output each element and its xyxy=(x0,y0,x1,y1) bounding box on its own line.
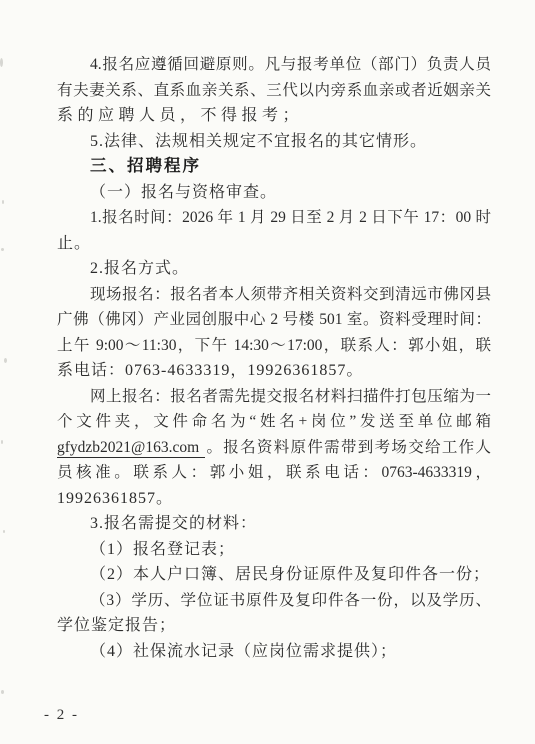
text-line: 上午 9:00～11:30，下午 14:30～17:00，联系人：郭小姐，联 xyxy=(57,333,491,359)
email-address: gfydzb2021@163.com xyxy=(57,439,205,458)
text-line: 广佛（佛冈）产业园创服中心 2 号楼 501 室。资料受理时间： xyxy=(57,307,491,333)
document-body: 4.报名应遵循回避原则。凡与报考单位（部门）负责人员 有夫妻关系、直系血亲关系、… xyxy=(57,52,491,664)
subsection-heading: （一）报名与资格审查。 xyxy=(57,180,491,206)
text-line: 员核准。联系人：郭小姐，联系电话：0763-4633319， xyxy=(57,460,491,486)
text-line: 5.法律、法规相关规定不宜报名的其它情形。 xyxy=(57,129,491,155)
text-line: （1）报名登记表； xyxy=(57,537,491,563)
text-line: 学位鉴定报告； xyxy=(57,613,491,639)
email-line: gfydzb2021@163.com。报名资料原件需带到考场交给工作人 xyxy=(57,435,491,461)
text-line: （4）社保流水记录（应岗位需求提供）； xyxy=(57,639,491,665)
page-number: - 2 - xyxy=(44,707,79,724)
text-line: （3）学历、学位证书原件及复印件各一份，以及学历、 xyxy=(57,588,491,614)
text-line: 个文件夹，文件命名为“姓名+岗位”发送至单位邮箱 xyxy=(57,409,491,435)
scan-artifact xyxy=(1,690,4,694)
scan-artifact xyxy=(2,200,4,204)
text-line: 有夫妻关系、直系血亲关系、三代以内旁系血亲或者近姻亲关 xyxy=(57,78,491,104)
text-line: 2.报名方式。 xyxy=(57,256,491,282)
scan-artifact xyxy=(1,248,4,251)
document-page: 4.报名应遵循回避原则。凡与报考单位（部门）负责人员 有夫妻关系、直系血亲关系、… xyxy=(0,0,535,744)
scan-artifact xyxy=(4,358,7,363)
text-line: （2）本人户口簿、居民身份证原件及复印件各一份； xyxy=(57,562,491,588)
text-line: 现场报名：报名者本人须带齐相关资料交到清远市佛冈县 xyxy=(57,282,491,308)
text-line: 4.报名应遵循回避原则。凡与报考单位（部门）负责人员 xyxy=(57,52,491,78)
section-heading: 三、招聘程序 xyxy=(57,154,491,180)
scan-artifact xyxy=(3,530,5,533)
text-line: 3.报名需提交的材料： xyxy=(57,511,491,537)
text-line: 1.报名时间：2026 年 1 月 29 日至 2 月 2 日下午 17：00 … xyxy=(57,205,491,231)
text-line: 系的应聘人员，不得报考； xyxy=(57,103,491,129)
text-line: 止。 xyxy=(57,231,491,257)
scan-artifact xyxy=(1,440,3,444)
text-line: 。报名资料原件需带到考场交给工作人 xyxy=(205,439,491,456)
text-line: 网上报名：报名者需先提交报名材料扫描件打包压缩为一 xyxy=(57,384,491,410)
text-line: 19926361857。 xyxy=(57,486,491,512)
scan-artifact xyxy=(0,58,3,67)
text-line: 系电话：0763-4633319，19926361857。 xyxy=(57,358,491,384)
